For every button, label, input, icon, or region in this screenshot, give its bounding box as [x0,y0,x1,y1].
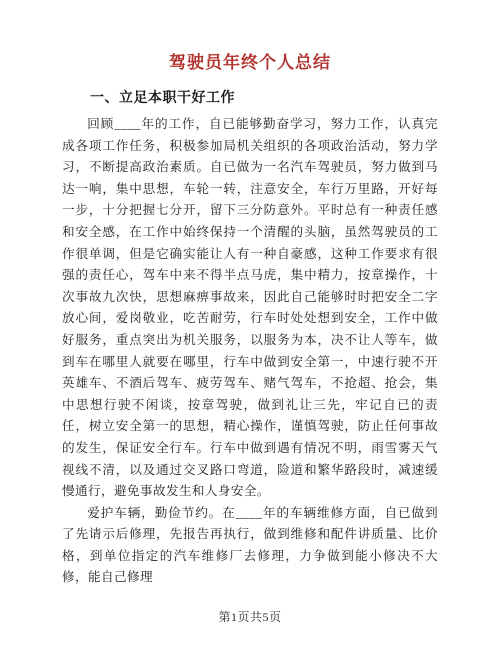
page-number-footer: 第1页共5页 [0,608,500,625]
document-content: 驾驶员年终个人总结 一、立足本职干好工作 回顾____年的工作，自已能够勤奋学习… [0,0,500,589]
document-title: 驾驶员年终个人总结 [62,50,438,76]
paragraph-vehicle-maintenance: 爱护车辆，勤俭节约。在____年的车辆维修方面，自已做到了先请示后修理，先报告再… [62,503,438,589]
paragraph-work-summary: 回顾____年的工作，自已能够勤奋学习，努力工作，认真完成各项工作任务，积极参加… [62,114,438,503]
document-page: 驾驶员年终个人总结 一、立足本职干好工作 回顾____年的工作，自已能够勤奋学习… [0,0,500,647]
section-heading: 一、立足本职干好工作 [62,88,438,110]
